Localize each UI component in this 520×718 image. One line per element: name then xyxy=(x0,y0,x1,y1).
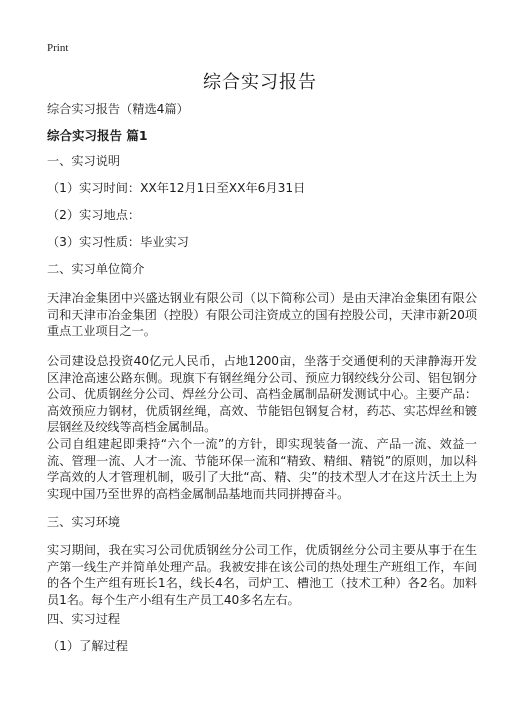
paragraph-internship-environment: 实习期间，我在实习公司优质钢丝分公司工作，优质钢丝分公司主要从事于在生产第一线生… xyxy=(47,542,477,608)
print-button[interactable]: Print xyxy=(47,42,68,54)
heading-internship-process: 四、实习过程 xyxy=(47,611,477,628)
paragraph-company-investment: 公司建设总投资40亿元人民币，占地1200亩，坐落于交通便利的天津静海开发区津沧… xyxy=(47,353,477,436)
item-internship-nature: （3）实习性质：毕业实习 xyxy=(47,234,477,251)
document-title: 综合实习报告 xyxy=(0,68,520,94)
document-subtitle: 综合实习报告（精选4篇） xyxy=(47,101,477,118)
paragraph-company-overview: 天津冶金集团中兴盛达钢业有限公司（以下简称公司）是由天津冶金集团有限公司和天津市… xyxy=(47,290,477,340)
heading-internship-description: 一、实习说明 xyxy=(47,153,477,170)
heading-internship-environment: 三、实习环境 xyxy=(47,514,477,531)
heading-company-intro: 二、实习单位简介 xyxy=(47,261,477,278)
item-internship-location: （2）实习地点： xyxy=(47,207,477,224)
section-title: 综合实习报告 篇1 xyxy=(47,127,477,144)
paragraph-company-principles: 公司自组建起即秉持“六个一流”的方针，即实现装备一流、产品一流、效益一流、管理一… xyxy=(47,436,477,502)
item-understanding-process: （1）了解过程 xyxy=(47,638,477,655)
item-internship-time: （1）实习时间：XX年12月1日至XX年6月31日 xyxy=(47,180,477,197)
